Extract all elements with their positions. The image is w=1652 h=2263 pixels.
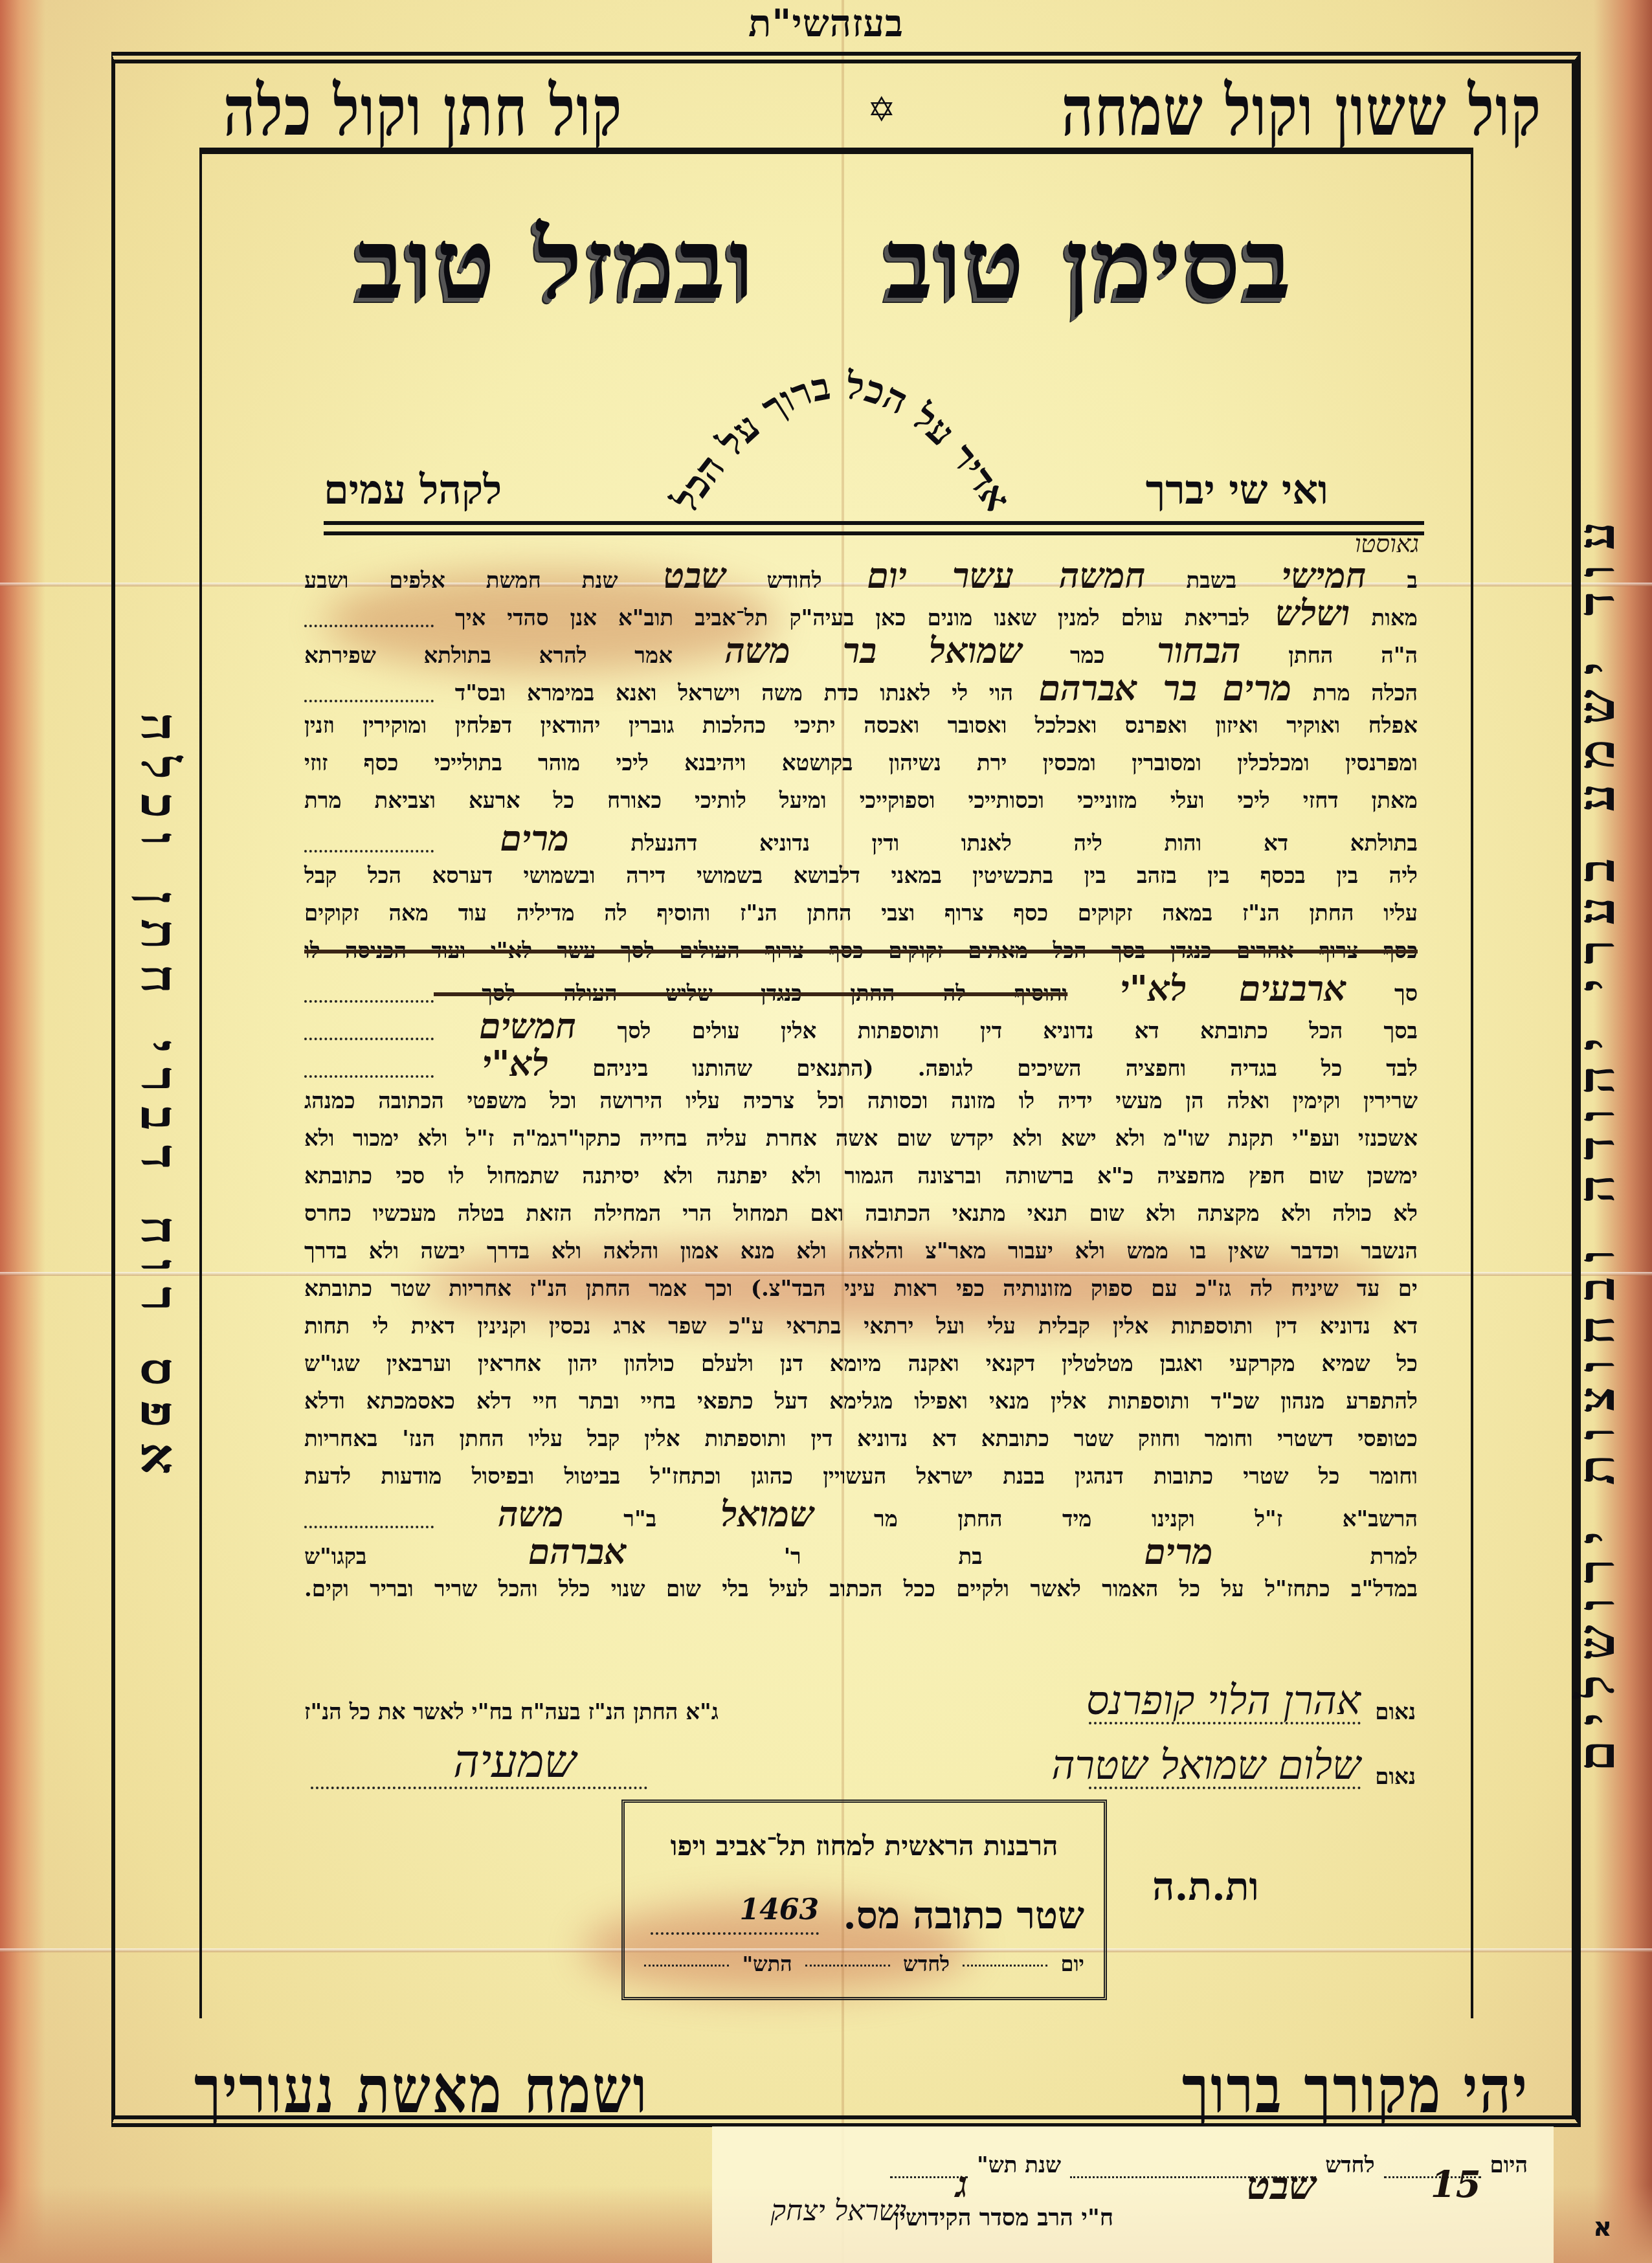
- star-of-david-icon: ✡: [867, 91, 896, 129]
- slip-month-label: לחדש: [1325, 2152, 1374, 2178]
- printed-text: ה"ה החתן: [1241, 643, 1418, 669]
- ketubah-line: ימשכן שום חפץ מחפציה כ"א ברשותה וברצונה …: [304, 1157, 1418, 1195]
- handwritten-entry: משה: [434, 1493, 564, 1535]
- subheading-left: לקהל עמים: [324, 466, 502, 514]
- handwritten-entry: שבט: [618, 555, 726, 596]
- ketubah-line: שרירין וקימין ואלה הן מעשי ידיה לו מזונה…: [304, 1082, 1418, 1120]
- ketubah-line: כסף צרוף אחרים כנגדן בסך הכל מאתים זקוקי…: [304, 932, 1418, 970]
- printed-text: שרירין וקימין ואלה הן מעשי ידיה לו מזונה…: [304, 1088, 1418, 1114]
- printed-text: אשכנזי ועפ"י תקנת שו"מ ולא ישא ולא יקדש …: [304, 1126, 1418, 1152]
- ketubah-line: למרת מרים בת ר' אברהם בקגו"ש: [304, 1533, 1418, 1570]
- printed-text: כמר: [1022, 643, 1104, 669]
- rabbinate-registration-box: הרבנות הראשית למחוז תל־אביב ויפו שטר כתו…: [621, 1800, 1107, 2000]
- ketubah-line: בסך הכל כתובתא דא נדוניא דין ותוספתות אל…: [304, 1007, 1418, 1045]
- ketubah-line: ה"ה החתן הבחור כמר שמואל בר משה אמר להרא…: [304, 632, 1418, 669]
- handwritten-entry: חמישי: [1236, 555, 1366, 596]
- ketubah-line: הכלה מרת מרים בר אברהם הוי לי לאנתו כדת …: [304, 669, 1418, 707]
- printed-text: לא כולה ולא מקצתה ולא שום תנאי מתנאי הכת…: [304, 1201, 1418, 1227]
- printed-text: שנת חמשת אלפים ושבע: [304, 568, 618, 594]
- ketubah-body: ב חמישי בשבת חמשה עשר יום לחודש שבט שנת …: [304, 557, 1418, 1608]
- month-field: [805, 1952, 890, 1967]
- slip-year-value: ג: [890, 2163, 968, 2178]
- slip-day-label: היום: [1490, 2152, 1528, 2178]
- handwritten-entry: מרים בר אברהם: [1013, 667, 1291, 709]
- printed-text: אמר להרא בתולתא שפירתא: [304, 643, 673, 669]
- printed-text: מאתן דחזי ליכי ועלי מזונייכי וכסותייכי ו…: [304, 788, 1418, 814]
- handwritten-entry: שמואל בר משה: [673, 630, 1022, 671]
- printed-text: הרשב"א ז"ל וקנינו מיד החתן מר: [814, 1506, 1418, 1532]
- rabbi-signature: ישראל יצחק: [771, 2194, 906, 2227]
- subheading-right: ואי שי יברך: [1146, 466, 1328, 514]
- ketubah-line: עליו החתן הנ"ז במאה זקוקים כסף צרוף וצבי…: [304, 895, 1418, 932]
- paper-edge-left: [0, 0, 45, 2263]
- title-part-left: ובמזל טוב: [357, 207, 758, 321]
- handwritten-entry: לא"י: [434, 1043, 548, 1084]
- double-rule: [324, 521, 1424, 535]
- ketubah-line: לא כולה ולא מקצתה ולא שום תנאי מתנאי הכת…: [304, 1195, 1418, 1232]
- printed-text: הוי לי לאנתו כדת משה וישראל ואנא במימרא …: [434, 680, 1013, 706]
- dotted-fill-line: [304, 837, 434, 853]
- title-part-right: בסימן טוב: [886, 207, 1295, 321]
- handwritten-entry: אברהם: [366, 1531, 627, 1572]
- handwritten-entry: שמואל: [656, 1493, 814, 1535]
- ketubah-line: כטופסי דשטרי וחומר וחוזק שטר כתובתא דא נ…: [304, 1420, 1418, 1458]
- ketubah-line: מאות ושלש לבריאת עולם למנין שאנו מונים כ…: [304, 594, 1418, 632]
- printed-text: אפלח ואוקיר ואיזון ואפרנס ואכלכל ואסובר …: [304, 713, 1418, 739]
- printed-text: להתפרע מנהון שכ"ד ותוספתות אלין מנאי ואפ…: [304, 1388, 1418, 1414]
- registration-slip: היום 15 לחדש שבט שנת תש" ג ח"י הרב מסדר …: [712, 2126, 1554, 2263]
- rabbinate-date-row: יום לחדש התש": [644, 1952, 1084, 1976]
- printed-text: ימשכן שום חפץ מחפציה כ"א ברשותה וברצונה …: [304, 1163, 1418, 1189]
- printed-text: מאות: [1350, 605, 1418, 631]
- ketubah-line: להתפרע מנהון שכ"ד ותוספתות אלין מנאי ואפ…: [304, 1383, 1418, 1420]
- ketubah-line: דא נדוניא דין ותוספתות אלין קבלית עלי וע…: [304, 1308, 1418, 1345]
- ketubah-line: אפלח ואוקיר ואיזון ואפרנס ואכלכל ואסובר …: [304, 707, 1418, 744]
- printed-text: במדל"ב כתחז"ל על כל האמור לאשר ולקיים ככ…: [304, 1576, 1418, 1602]
- arc-textpath: אדיר על הכל ברוך על הכל: [663, 363, 1020, 520]
- groom-confirmation-label: ג"א החתן הנ"ז בעה"ח בח"י לאשר את כל הנ"ז: [304, 1699, 719, 1725]
- ketubah-line: במדל"ב כתחז"ל על כל האמור לאשר ולקיים ככ…: [304, 1570, 1418, 1608]
- year-field: [644, 1952, 729, 1967]
- printed-text: והוסיף לה החתן כנגדן שליש העולה לסך: [434, 981, 1067, 1007]
- printed-text: ומפרנסין ומכלכלין ומסוברין ומכסין ירת נש…: [304, 750, 1418, 776]
- printed-text: לבד כל בגדיה וחפציה השיכים לגופה. (התנאי…: [548, 1056, 1418, 1082]
- handwritten-entry: ושלש: [1249, 592, 1350, 634]
- ketubah-line: מאתן דחזי ליכי ועלי מזונייכי וכסותייכי ו…: [304, 782, 1418, 819]
- dotted-fill-line: [304, 987, 434, 1003]
- printed-text: ליה בין בכסף בין בזהב בין בתכשיטין במאני…: [304, 863, 1418, 889]
- printed-text: סך: [1346, 981, 1418, 1007]
- printed-text: ב"ר: [564, 1506, 656, 1532]
- printed-text: עליו החתן הנ"ז במאה זקוקים כסף צרוף וצבי…: [304, 900, 1418, 926]
- ketubah-line: ים עד שיניח לה גז"כ עם ספוק מזונותיה כפי…: [304, 1270, 1418, 1308]
- printed-text: הנשבר וכדבר שאין בו ממש ולא יעבור מאר"צ …: [304, 1238, 1418, 1264]
- groom-signature: שמעיה: [453, 1735, 576, 1789]
- printed-text: דא נדוניא דין ותוספתות אלין קבלית עלי וע…: [304, 1313, 1418, 1339]
- handwritten-entry: מרים: [434, 818, 569, 859]
- ketubah-line: אשכנזי ועפ"י תקנת שו"מ ולא ישא ולא יקדש …: [304, 1120, 1418, 1157]
- day-field: [963, 1952, 1047, 1967]
- bottom-verse-left: ושמח מאשת נעוריך: [194, 2051, 649, 2128]
- slip-day-value: 15: [1384, 2163, 1481, 2178]
- ketubah-line: ומפרנסין ומכלכלין ומסוברין ומכסין ירת נש…: [304, 744, 1418, 782]
- dotted-fill-line: [304, 1513, 434, 1528]
- page-title: בסימן טוב ובמזל טוב: [0, 207, 1652, 321]
- dotted-fill-line: [304, 612, 434, 627]
- printed-text: למרת: [1213, 1544, 1418, 1570]
- svg-text:אדיר על הכל ברוך על הכל: אדיר על הכל ברוך על הכל: [663, 363, 1020, 520]
- witness-1-signature: אהרן הלוי קופרנס: [1086, 1677, 1361, 1724]
- printed-text: בשבת: [1146, 568, 1237, 594]
- ketubah-line: בתולתא דא והות ליה לאנתו ודין נדוניא דהנ…: [304, 819, 1418, 857]
- ketubah-line: סך ארבעים לא"י והוסיף לה החתן כנגדן שליש…: [304, 970, 1418, 1007]
- ketubah-line: וחומר כל שטרי כתובות דנהגין בבנת ישראל ה…: [304, 1458, 1418, 1495]
- ketubah-line: כל שמיא מקרקעי ואגבן מטלטלין דקנאי ואקנה…: [304, 1345, 1418, 1383]
- printed-text: בתולתא דא והות ליה לאנתו ודין נדוניא דהנ…: [569, 831, 1418, 856]
- ketubah-line: ליה בין בכסף בין בזהב בין בתכשיטין במאני…: [304, 857, 1418, 895]
- printed-text: כסף צרוף אחרים כנגדן בסך הכל מאתים זקוקי…: [304, 938, 1418, 964]
- printed-text: לחודש: [726, 568, 821, 594]
- handwritten-entry: חמשה עשר יום: [822, 555, 1146, 596]
- slip-date-row: היום 15 לחדש שבט שנת תש" ג: [890, 2152, 1528, 2178]
- year-label: התש": [742, 1952, 792, 1976]
- day-label: יום: [1060, 1952, 1084, 1976]
- printed-text: בקגו"ש: [304, 1544, 366, 1570]
- printed-text: כטופסי דשטרי וחומר וחוזק שטר כתובתא דא נ…: [304, 1426, 1418, 1452]
- page-mark: א: [1593, 2213, 1612, 2242]
- rabbinate-title: הרבנות הראשית למחוז תל־אביב ויפו: [625, 1830, 1104, 1862]
- printed-text: כל שמיא מקרקעי ואגבן מטלטלין דקנאי ואקנה…: [304, 1351, 1418, 1377]
- side-border-right-text: עוד ישמע בערי יהודה ובחוצות ירושלים: [1567, 453, 1626, 1825]
- witness-1-label: נאום: [1375, 1699, 1416, 1725]
- ketubah-number-label: שטר כתובה מס.: [843, 1893, 1084, 1937]
- handwritten-entry: הבחור: [1104, 630, 1240, 671]
- dotted-fill-line: [304, 1062, 434, 1078]
- stamp-mark: ות.ת.ה: [1152, 1864, 1259, 1910]
- printed-text: בת ר': [627, 1544, 983, 1570]
- handwritten-entry: ארבעים לא"י: [1067, 968, 1346, 1009]
- handwritten-entry: חמשים: [434, 1005, 576, 1047]
- printed-text: ים עד שיניח לה גז"כ עם ספוק מזונותיה כפי…: [304, 1276, 1418, 1302]
- header-blessing: בעזהשי"ת: [0, 1, 1652, 45]
- handwritten-entry: מרים: [983, 1531, 1213, 1572]
- ketubah-line: הרשב"א ז"ל וקנינו מיד החתן מר שמואל ב"ר …: [304, 1495, 1418, 1533]
- printed-text: וחומר כל שטרי כתובות דנהגין בבנת ישראל ה…: [304, 1464, 1418, 1489]
- month-label: לחדש: [903, 1952, 950, 1976]
- witness-2-label: נאום: [1375, 1764, 1416, 1790]
- ketubah-line: הנשבר וכדבר שאין בו ממש ולא יעבור מאר"צ …: [304, 1232, 1418, 1270]
- rabbi-label: ח"י הרב מסדר הקידושין: [893, 2204, 1113, 2231]
- printed-text: בסך הכל כתובתא דא נדוניא דין ותוספתות אל…: [576, 1018, 1418, 1044]
- witness-2-signature: שלום שמואל שטרה: [1051, 1741, 1361, 1789]
- bottom-verse-right: יהי מקורך ברוך: [1182, 2051, 1529, 2128]
- arc-text: אדיר על הכל ברוך על הכל: [660, 324, 1023, 531]
- printed-text: לבריאת עולם למנין שאנו מונים כאן בעיה"ק …: [434, 605, 1249, 631]
- slip-month-value: שבט: [1070, 2163, 1316, 2178]
- slip-year-label: שנת תש": [977, 2152, 1061, 2178]
- ketubah-line: ב חמישי בשבת חמשה עשר יום לחודש שבט שנת …: [304, 557, 1418, 594]
- printed-text: הכלה מרת: [1291, 680, 1418, 706]
- dotted-fill-line: [304, 1025, 434, 1040]
- dotted-fill-line: [304, 687, 434, 702]
- printed-text: ב: [1367, 568, 1418, 594]
- ketubah-number-value: 1463: [651, 1893, 819, 1935]
- ketubah-line: לבד כל בגדיה וחפציה השיכים לגופה. (התנאי…: [304, 1045, 1418, 1082]
- side-border-left-text: אפס רוח דברי חתן וכלה: [129, 453, 188, 1748]
